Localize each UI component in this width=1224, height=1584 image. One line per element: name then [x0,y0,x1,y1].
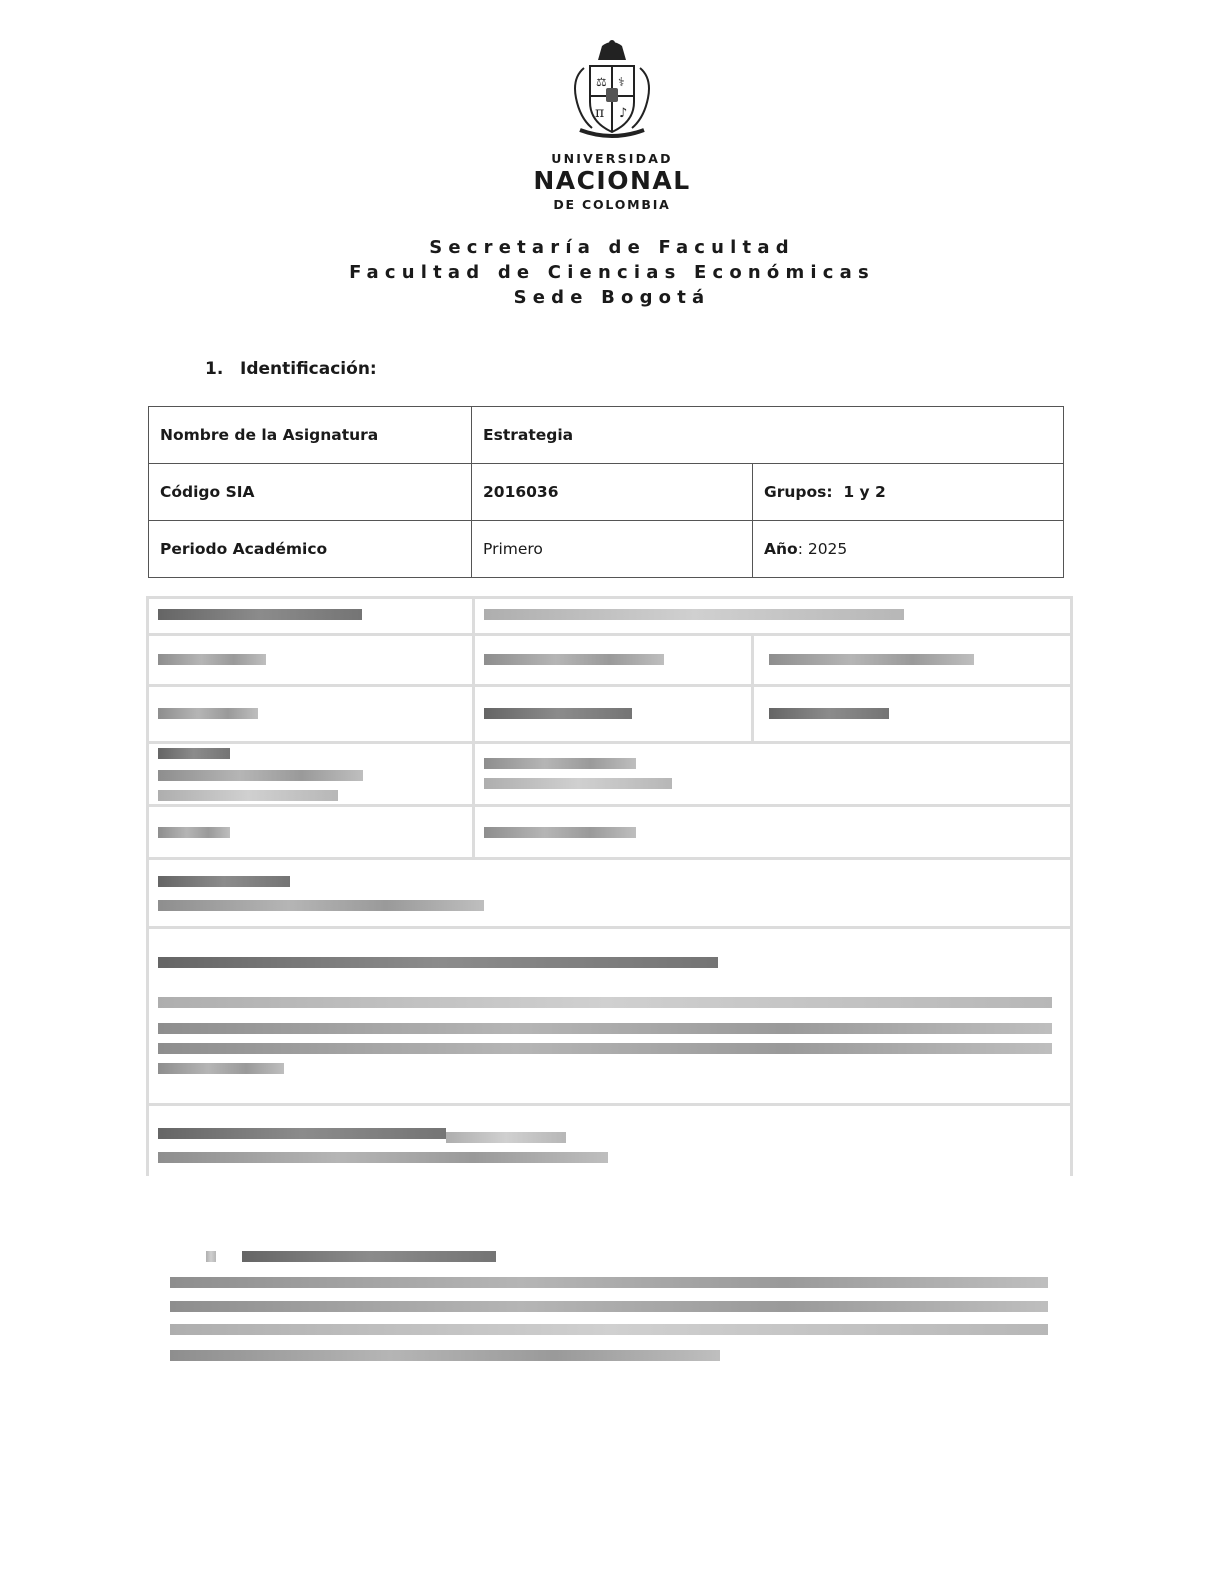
course-name-label: Nombre de la Asignatura [149,407,472,464]
svg-text:⚖: ⚖ [596,75,607,89]
redacted-row [146,804,1073,860]
office-title: Secretaría de Facultad [0,237,1224,258]
faculty-title: Facultad de Ciencias Económicas [0,262,1224,283]
svg-text:π: π [595,105,604,121]
university-name-line3: DE COLOMBIA [0,197,1224,212]
year-label: Año [764,540,798,558]
redacted-row [146,684,1073,744]
section-number: 1. [205,359,240,379]
groups-cell: Grupos: 1 y 2 [753,464,1064,521]
redacted-row [146,741,1073,807]
redacted-table-region [146,578,1073,1176]
year-cell: Año: 2025 [753,521,1064,578]
svg-text:♪: ♪ [619,106,627,121]
year-value: : 2025 [798,540,848,558]
university-crest-icon: ⚖ ⚕ π ♪ [562,38,662,146]
course-name-value: Estrategia [472,407,1064,464]
redacted-row [146,633,1073,687]
redacted-row [146,1103,1073,1176]
svg-text:⚕: ⚕ [618,75,625,89]
redacted-row [146,926,1073,1106]
table-row: Periodo Académico Primero Año: 2025 [149,521,1064,578]
university-name-line2: NACIONAL [0,166,1224,195]
campus-title: Sede Bogotá [0,287,1224,308]
redacted-row [146,596,1073,636]
section-title-text: Identificación: [240,359,377,379]
table-row: Código SIA 2016036 Grupos: 1 y 2 [149,464,1064,521]
academic-period-value: Primero [472,521,753,578]
groups-value: 1 y 2 [843,483,885,501]
table-row: Nombre de la Asignatura Estrategia [149,407,1064,464]
groups-label: Grupos: [764,483,833,501]
redacted-section-2 [170,1248,1050,1373]
redacted-row [146,857,1073,929]
section-heading-identification: 1.Identificación: [205,359,377,379]
university-name-line1: UNIVERSIDAD [0,151,1224,166]
sia-code-value: 2016036 [472,464,753,521]
academic-period-label: Periodo Académico [149,521,472,578]
identification-table: Nombre de la Asignatura Estrategia Códig… [148,406,1064,598]
sia-code-label: Código SIA [149,464,472,521]
